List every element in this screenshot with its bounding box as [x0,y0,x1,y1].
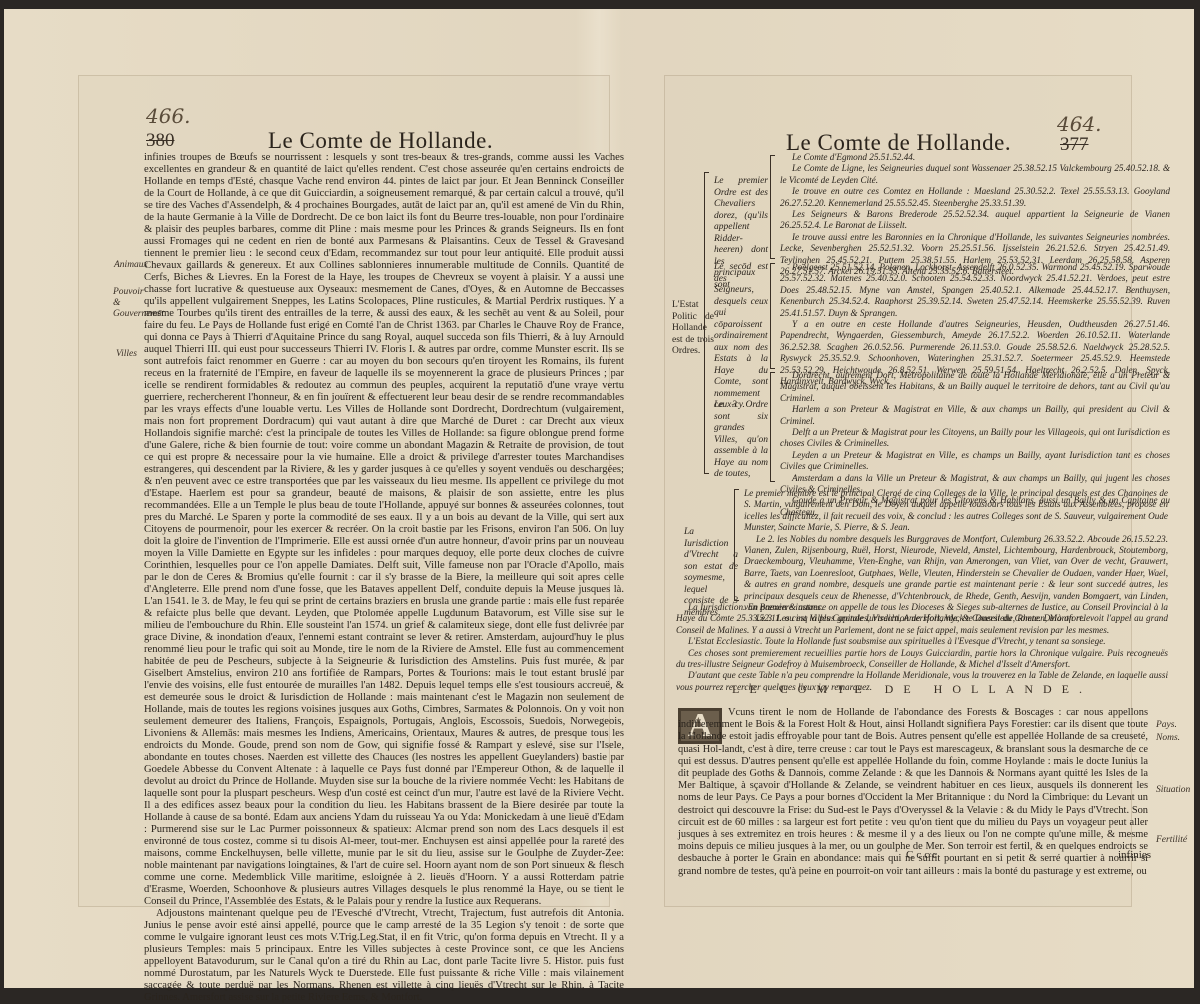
closing-paragraph: Ces choses sont premierement recueillies… [676,648,1168,671]
section-heading: LE COMTE DE HOLLANDE. [732,682,1092,697]
left-page: 466. 380 Le Comte de Hollande. Animaux P… [0,0,600,997]
order-label-3: Le 3 Ordre sont six grandes Villes, qu'o… [714,400,768,481]
entry: Le Comte d'Egmond 25.51.52.44. [780,152,1170,163]
signature-mark: Cccc [906,849,940,861]
order-1-entries: Le Comte d'Egmond 25.51.52.44. Le Comte … [780,152,1170,277]
margin-note-fertilite: Fertilité [1156,835,1187,846]
entry: Le Comte de Ligne, les Seigneuries duque… [780,163,1170,186]
paragraph: infinies troupes de Bœufs se nourrissent… [144,152,624,908]
member: Le premier membre est le principal Clerg… [744,488,1168,534]
entry: Dordrecht, autrement Dort, Metropolitain… [780,370,1170,404]
entry: Ie trouve en outre ces Comtez en Holland… [780,186,1170,209]
margin-note-noms: Noms. [1156,733,1180,744]
order-2-brace [770,263,775,369]
order-3-brace [770,372,775,482]
order-1-brace [770,155,775,259]
entry: Leyden a un Preteur & Magistrat en Ville… [780,450,1170,473]
margin-note-situation: Situation [1156,785,1190,796]
closing-paragraph: La Iurisdiction. En premiere instance on… [676,602,1168,636]
left-body-text: infinies troupes de Bœufs se nourrissent… [144,152,624,997]
catchword: infinies [1118,849,1151,861]
paragraph: Adjoustons maintenant quelque peu de l'E… [144,908,624,997]
order-label-2: Le secōd est des Seigneurs, desquels ceu… [714,262,768,412]
closing-paragraph: L'Estat Ecclesiastic. Toute la Hollande … [676,636,1168,647]
entry: Harlem a son Preteur & Magistrat en Vill… [780,404,1170,427]
struck-folio: 380 [146,130,175,152]
entry: Poelgeest 25.51.52.14. Polanen, Lockhors… [780,262,1170,319]
handwritten-folio: 466. [146,104,191,128]
utrecht-brace [734,489,739,601]
orders-brace [704,172,709,474]
right-page: 464. 377 Le Comte de Hollande. L'Estat P… [600,0,1200,997]
margin-note-pays: Pays. [1156,720,1177,731]
entry: Les Seigneurs & Barons Brederode 25.52.5… [780,209,1170,232]
handwritten-folio: 464. [1057,112,1102,136]
closing-paragraphs: La Iurisdiction. En premiere instance on… [676,602,1168,693]
entry: Delft a un Preteur & Magistrat pour les … [780,427,1170,450]
page-title: Le Comte de Hollande. [268,128,493,154]
order-2-entries: Poelgeest 25.51.52.14. Polanen, Lockhors… [780,262,1170,387]
